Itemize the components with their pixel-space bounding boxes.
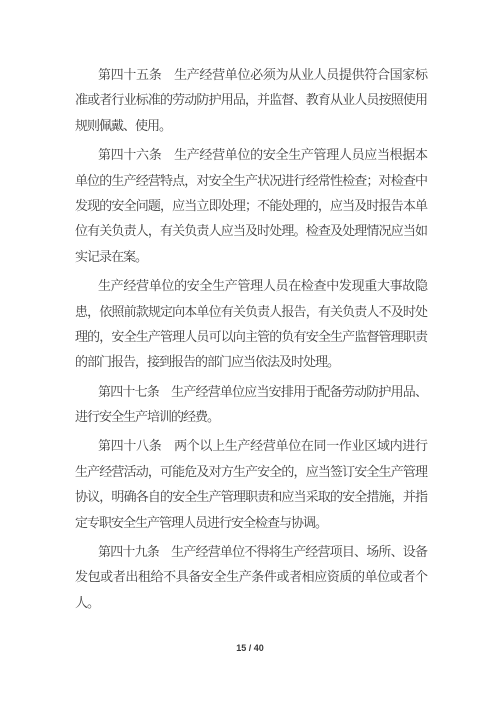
article-48: 第四十八条 两个以上生产经营单位在同一作业区域内进行生产经营活动，可能危及对方生… — [75, 433, 427, 535]
text-line: 单位的生产经营特点，对安全生产状况进行经常性检查；对检查中 — [75, 168, 427, 193]
text-line: 发现的安全问题，应当立即处理；不能处理的，应当及时报告本单 — [75, 193, 427, 218]
document-page: 第四十五条 生产经营单位必须为从业人员提供符合国家标准或者行业标准的劳动防护用品… — [0, 0, 500, 707]
document-body: 第四十五条 生产经营单位必须为从业人员提供符合国家标准或者行业标准的劳动防护用品… — [75, 62, 427, 619]
text-line: 人。 — [75, 590, 427, 615]
text-line: 生产经营活动，可能危及对方生产安全的，应当签订安全生产管理 — [75, 459, 427, 484]
text-line: 发包或者出租给不具备安全生产条件或者相应资质的单位或者个 — [75, 564, 427, 589]
text-line: 的部门报告，接到报告的部门应当依法及时处理。 — [75, 349, 427, 374]
article-46-paragraph-1: 第四十六条 生产经营单位的安全生产管理人员应当根据本单位的生产经营特点，对安全生… — [75, 142, 427, 269]
article-47: 第四十七条 生产经营单位应当安排用于配备劳动防护用品、进行安全生产培训的经费。 — [75, 379, 427, 430]
text-line: 生产经营单位的安全生产管理人员在检查中发现重大事故隐 — [75, 273, 427, 298]
text-line: 患，依照前款规定向本单位有关负责人报告，有关负责人不及时处 — [75, 299, 427, 324]
text-line: 实记录在案。 — [75, 244, 427, 269]
text-line: 第四十六条 生产经营单位的安全生产管理人员应当根据本 — [75, 142, 427, 167]
text-line: 第四十七条 生产经营单位应当安排用于配备劳动防护用品、 — [75, 379, 427, 404]
text-line: 第四十八条 两个以上生产经营单位在同一作业区域内进行 — [75, 433, 427, 458]
text-line: 位有关负责人，有关负责人应当及时处理。检查及处理情况应当如 — [75, 218, 427, 243]
text-line: 理的，安全生产管理人员可以向主管的负有安全生产监督管理职责 — [75, 324, 427, 349]
text-line: 准或者行业标准的劳动防护用品，并监督、教育从业人员按照使用 — [75, 87, 427, 112]
text-line: 第四十九条 生产经营单位不得将生产经营项目、场所、设备 — [75, 539, 427, 564]
text-line: 协议，明确各自的安全生产管理职责和应当采取的安全措施，并指 — [75, 484, 427, 509]
article-45: 第四十五条 生产经营单位必须为从业人员提供符合国家标准或者行业标准的劳动防护用品… — [75, 62, 427, 138]
text-line: 规则佩戴、使用。 — [75, 113, 427, 138]
text-line: 进行安全生产培训的经费。 — [75, 404, 427, 429]
page-number: 15 / 40 — [0, 643, 500, 653]
text-line: 定专职安全生产管理人员进行安全检查与协调。 — [75, 510, 427, 535]
text-line: 第四十五条 生产经营单位必须为从业人员提供符合国家标 — [75, 62, 427, 87]
article-46-paragraph-2: 生产经营单位的安全生产管理人员在检查中发现重大事故隐患，依照前款规定向本单位有关… — [75, 273, 427, 375]
article-49: 第四十九条 生产经营单位不得将生产经营项目、场所、设备发包或者出租给不具备安全生… — [75, 539, 427, 615]
